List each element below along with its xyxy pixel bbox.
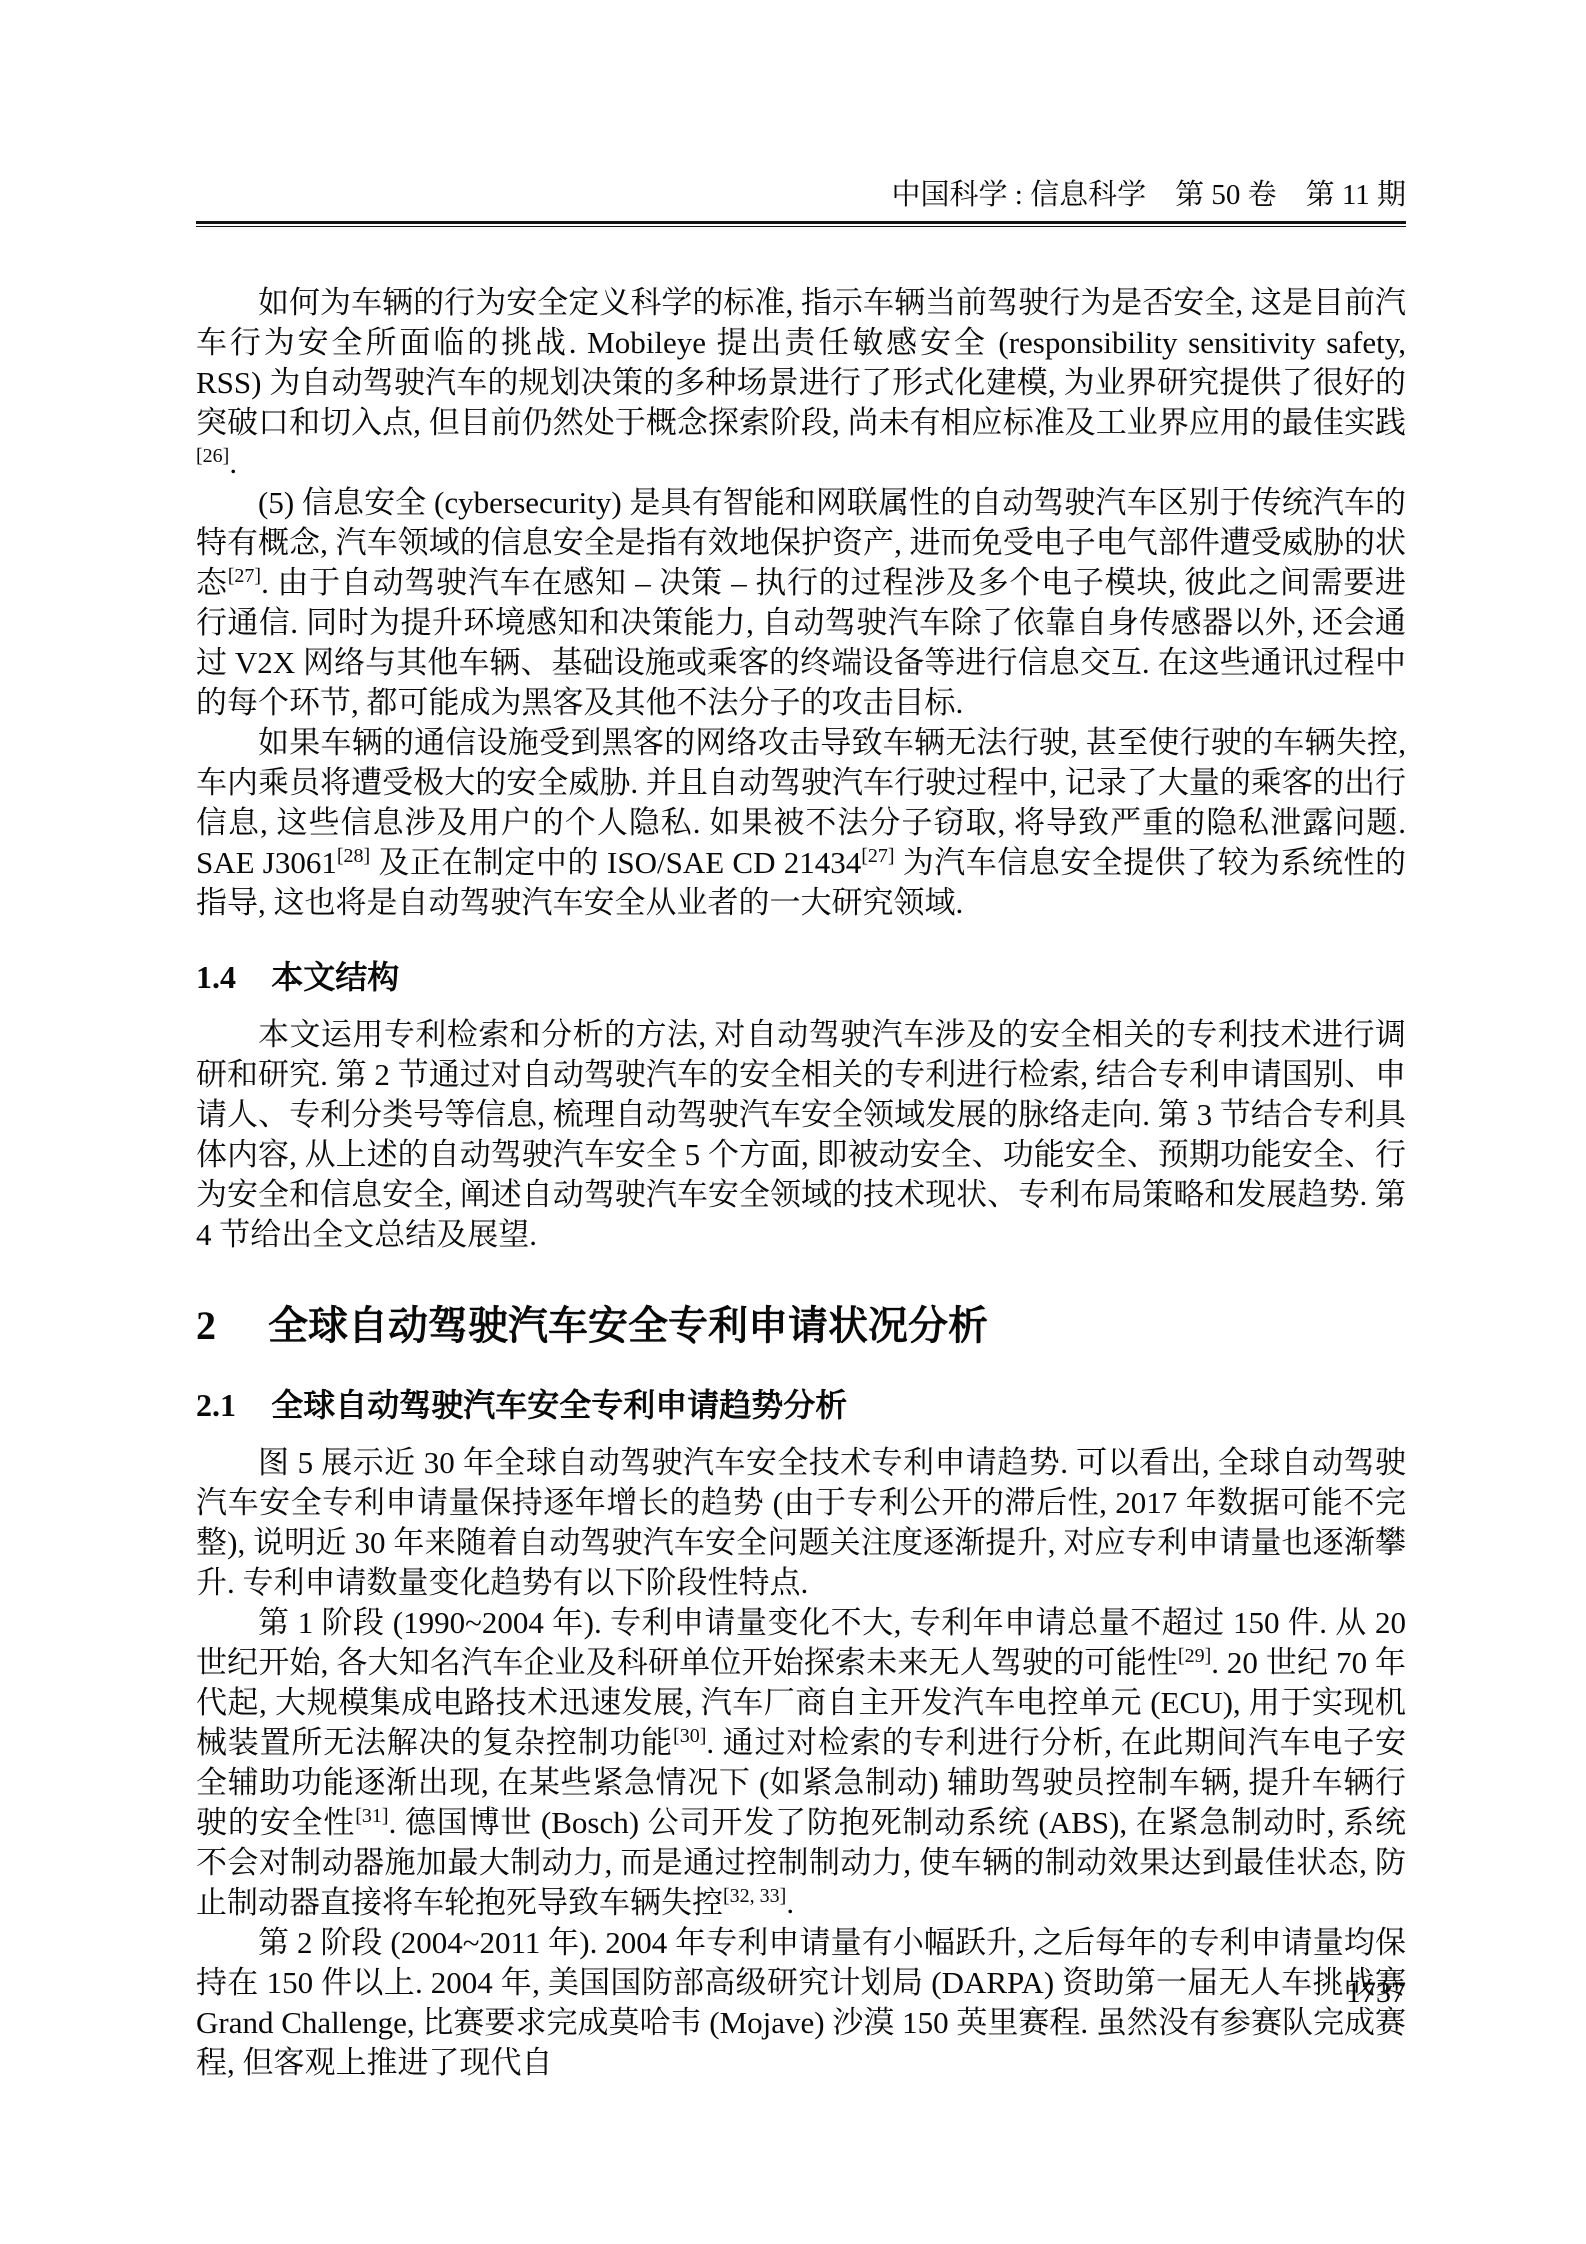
- paragraph-text-run: .: [786, 1885, 794, 1920]
- citation-reference: [30]: [673, 1725, 706, 1747]
- paragraph: 第 1 阶段 (1990~2004 年). 专利申请量变化不大, 专利年申请总量…: [196, 1603, 1406, 1923]
- citation-reference: [29]: [1178, 1645, 1211, 1667]
- heading-title: 全球自动驾驶汽车安全专利申请状况分析: [268, 1304, 988, 1348]
- page-number: 1737: [1346, 1976, 1406, 2009]
- paragraph-text-run: 及正在制定中的 ISO/SAE CD 21434: [370, 845, 861, 880]
- header-rule-thick-line: [196, 221, 1406, 224]
- citation-reference: [27]: [861, 845, 894, 867]
- journal-page: 中国科学 : 信息科学 第 50 卷 第 11 期 如何为车辆的行为安全定义科学…: [0, 0, 1586, 2244]
- citation-reference: [27]: [228, 565, 261, 587]
- page-content: 中国科学 : 信息科学 第 50 卷 第 11 期 如何为车辆的行为安全定义科学…: [196, 0, 1406, 2083]
- paragraph-text-run: 本文运用专利检索和分析的方法, 对自动驾驶汽车涉及的安全相关的专利技术进行调研和…: [196, 1017, 1406, 1252]
- heading-number: 2: [196, 1303, 216, 1348]
- paragraph-text-run: 图 5 展示近 30 年全球自动驾驶汽车安全技术专利申请趋势. 可以看出, 全球…: [196, 1445, 1406, 1600]
- heading-number: 2.1: [196, 1387, 236, 1423]
- heading-title: 全球自动驾驶汽车安全专利申请趋势分析: [271, 1387, 847, 1423]
- article-body: 如何为车辆的行为安全定义科学的标准, 指示车辆当前驾驶行为是否安全, 这是目前汽…: [196, 283, 1406, 2083]
- paragraph-text-run: 如何为车辆的行为安全定义科学的标准, 指示车辆当前驾驶行为是否安全, 这是目前汽…: [196, 285, 1406, 440]
- subsection-heading: 1.4本文结构: [196, 957, 1406, 997]
- paragraph: 本文运用专利检索和分析的方法, 对自动驾驶汽车涉及的安全相关的专利技术进行调研和…: [196, 1015, 1406, 1255]
- paragraph: 图 5 展示近 30 年全球自动驾驶汽车安全技术专利申请趋势. 可以看出, 全球…: [196, 1443, 1406, 1603]
- paragraph: 如何为车辆的行为安全定义科学的标准, 指示车辆当前驾驶行为是否安全, 这是目前汽…: [196, 283, 1406, 483]
- paragraph-text-run: . 由于自动驾驶汽车在感知 – 决策 – 执行的过程涉及多个电子模块, 彼此之间…: [196, 565, 1406, 720]
- subsection-heading: 2.1全球自动驾驶汽车安全专利申请趋势分析: [196, 1385, 1406, 1425]
- page-footer: 1737: [1346, 1978, 1406, 2008]
- running-header: 中国科学 : 信息科学 第 50 卷 第 11 期: [196, 180, 1406, 212]
- heading-number: 1.4: [196, 959, 236, 995]
- paragraph-text-run: 第 2 阶段 (2004~2011 年). 2004 年专利申请量有小幅跃升, …: [196, 1925, 1406, 2080]
- section-heading: 2全球自动驾驶汽车安全专利申请状况分析: [196, 1301, 1406, 1351]
- citation-reference: [32, 33]: [723, 1885, 786, 1907]
- citation-reference: [31]: [355, 1805, 388, 1827]
- citation-reference: [28]: [337, 845, 370, 867]
- citation-reference: [26]: [196, 445, 229, 467]
- paragraph: (5) 信息安全 (cybersecurity) 是具有智能和网联属性的自动驾驶…: [196, 483, 1406, 723]
- paragraph: 如果车辆的通信设施受到黑客的网络攻击导致车辆无法行驶, 甚至使行驶的车辆失控, …: [196, 723, 1406, 923]
- header-rule-thin-line: [196, 226, 1406, 227]
- paragraph-text-run: .: [229, 445, 237, 480]
- heading-title: 本文结构: [271, 959, 399, 995]
- paragraph: 第 2 阶段 (2004~2011 年). 2004 年专利申请量有小幅跃升, …: [196, 1923, 1406, 2083]
- header-rule: [196, 221, 1406, 227]
- journal-title-volume-issue: 中国科学 : 信息科学 第 50 卷 第 11 期: [892, 179, 1406, 211]
